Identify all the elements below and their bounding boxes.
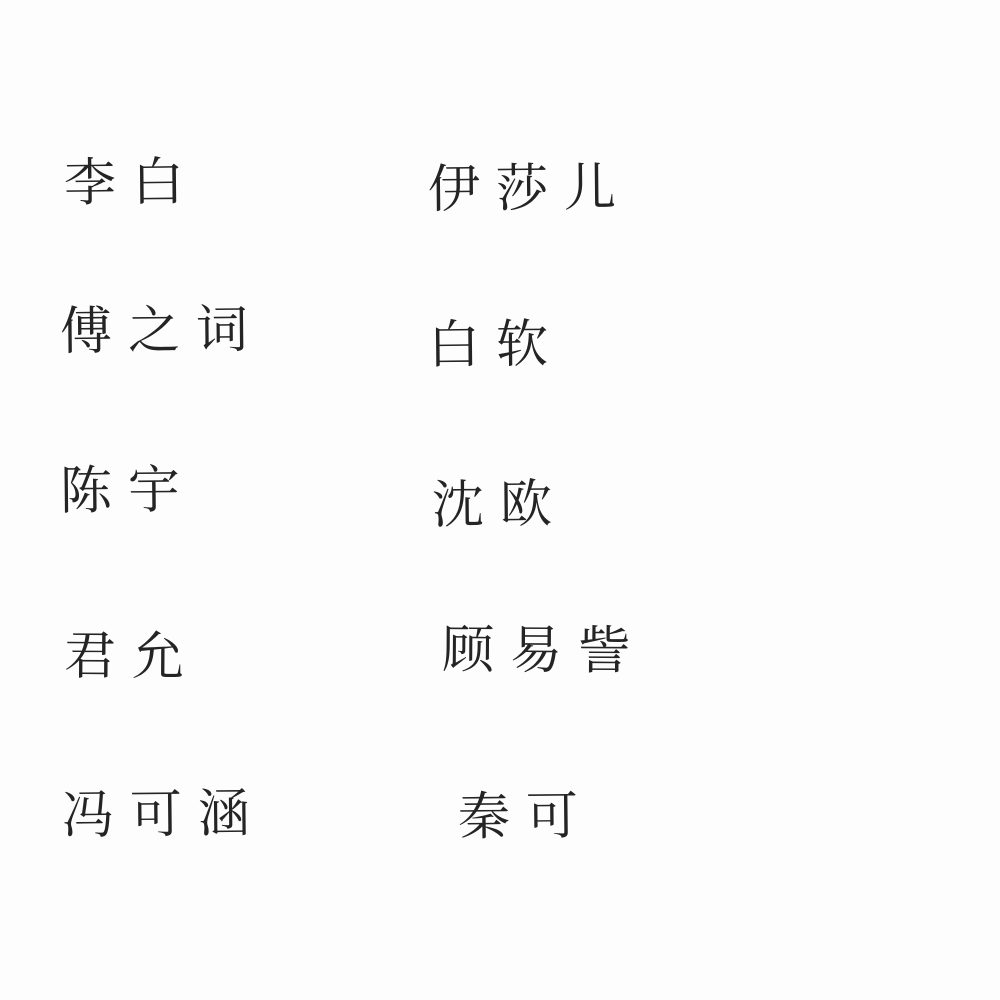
- name-label-row3-right: 沈欧: [432, 473, 569, 537]
- name-label-row2-right: 白软: [428, 313, 565, 377]
- name-label-row1-right: 伊莎儿: [428, 157, 633, 222]
- name-label-row2-left: 傅之词: [60, 299, 265, 364]
- handwritten-name-list: 李白 伊莎儿 傅之词 白软 陈宇 沈欧 君允 顾易訾 冯可涵 秦可: [0, 0, 1000, 1000]
- name-label-row4-right: 顾易訾: [442, 619, 646, 683]
- name-label-row5-left: 冯可涵: [62, 783, 267, 848]
- name-label-row1-left: 李白: [64, 151, 201, 215]
- name-label-row4-left: 君允: [64, 626, 200, 689]
- name-label-row3-left: 陈宇: [60, 459, 197, 523]
- name-label-row5-right: 秦可: [458, 785, 595, 849]
